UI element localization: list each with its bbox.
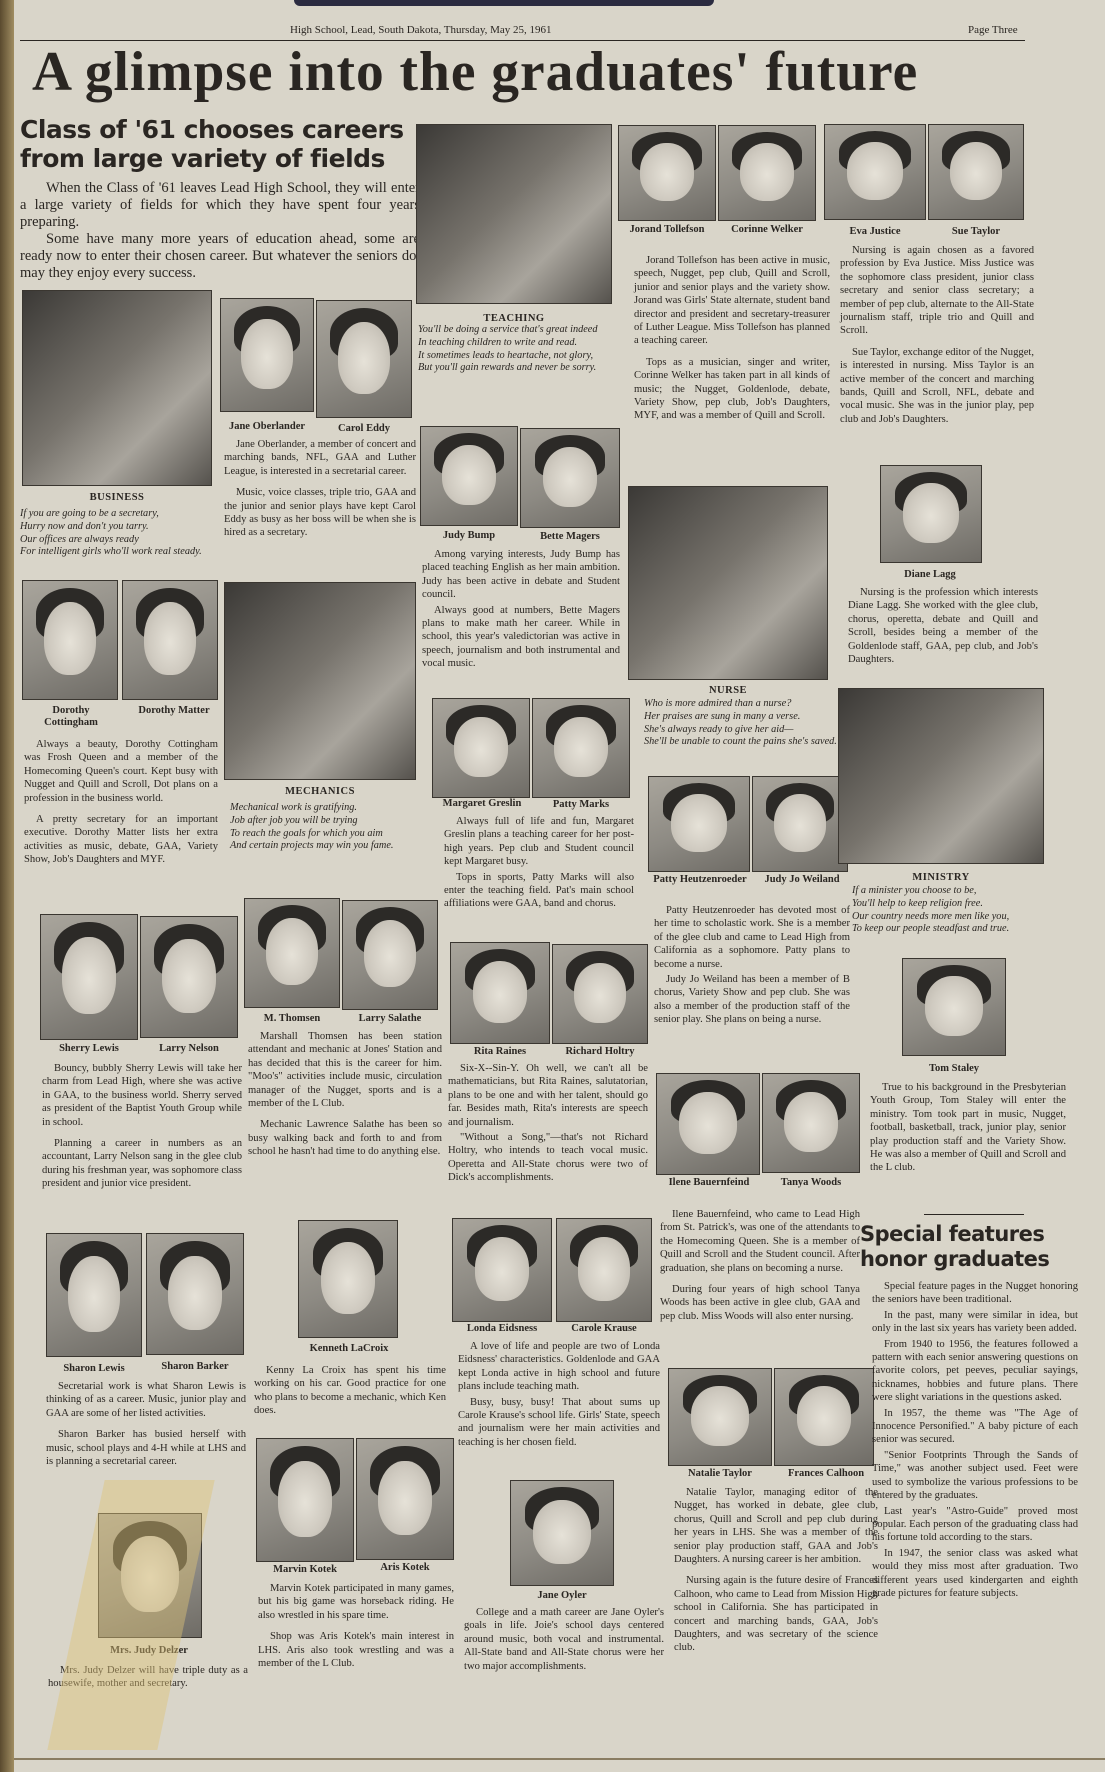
business-photo [22, 290, 212, 486]
bette-magers-photo [520, 428, 620, 528]
mechanics-poem: Mechanical work is gratifying. Job after… [230, 802, 430, 853]
bio-bette-magers: Always good at numbers, Bette Magers pla… [422, 604, 620, 671]
bio-patty-heutzenroeder: Patty Heutzenroeder has devoted most of … [654, 904, 850, 971]
bio-sue-taylor: Sue Taylor, exchange editor of the Nugge… [840, 346, 1034, 426]
nurse-photo [628, 486, 828, 680]
page-bottom-edge [14, 1758, 1105, 1760]
caption-natalie-taylor: Natalie Taylor [668, 1468, 772, 1480]
special-paragraph: Last year's "Astro-Guide" proved most po… [872, 1505, 1078, 1545]
teaching-poem: You'll be doing a service that's great i… [418, 324, 618, 375]
tanya-woods-photo [762, 1073, 860, 1173]
business-title: BUSINESS [22, 492, 212, 503]
teaching-photo [416, 124, 612, 304]
bio-diane-lagg: Nursing is the profession which interest… [848, 586, 1038, 666]
caption-margaret-greslin: Margaret Greslin [432, 798, 532, 810]
lead-paragraph: Some have many more years of education a… [20, 231, 420, 282]
business-bios-2: Always a beauty, Dorothy Cottingham was … [24, 738, 218, 875]
mechanics-bios-1: Marshall Thomsen has been station attend… [248, 1030, 442, 1167]
business-bios-3: Bouncy, bubbly Sherry Lewis will take he… [42, 1062, 242, 1199]
bio-sharon-lewis: Secretarial work is what Sharon Lewis is… [46, 1380, 246, 1420]
bio-jorand-tollefson: Jorand Tollefson has been active in musi… [634, 254, 830, 348]
marvin-kotek-photo [256, 1438, 354, 1562]
nurse-bio-lagg: Nursing is the profession which interest… [848, 586, 1038, 674]
caption-sue-taylor: Sue Taylor [928, 226, 1024, 238]
lead-title-line-1: Class of '61 chooses careers [20, 115, 420, 144]
jane-oberlander-photo [220, 298, 314, 412]
diane-lagg-photo [880, 465, 982, 563]
aris-kotek-photo [356, 1438, 454, 1560]
special-paragraph: In the past, many were similar in idea, … [872, 1309, 1078, 1336]
caption-kenneth-lacroix: Kenneth LaCroix [284, 1343, 414, 1355]
bio-dorothy-cottingham: Always a beauty, Dorothy Cottingham was … [24, 738, 218, 805]
newspaper-page: High School, Lead, South Dakota, Thursda… [14, 0, 1105, 1772]
bio-eva-justice: Nursing is again chosen as a favored pro… [840, 244, 1034, 338]
richard-holtry-photo [552, 944, 648, 1044]
special-title-line-1: Special features [860, 1222, 1070, 1247]
caption-sherry-lewis: Sherry Lewis [40, 1043, 138, 1055]
mechanics-bio-lacroix: Kenny La Croix has spent his time workin… [254, 1364, 446, 1426]
bio-judy-bump: Among varying interests, Judy Bump has p… [422, 548, 620, 602]
patty-marks-photo [532, 698, 630, 798]
patty-heutzenroeder-photo [648, 776, 750, 872]
bio-larry-nelson: Planning a career in numbers as an accou… [42, 1137, 242, 1191]
bio-tanya-woods: During four years of high school Tanya W… [660, 1283, 860, 1323]
teaching-bios-3: Six-X--Sin-Y. Oh well, we can't all be m… [448, 1062, 648, 1193]
caption-patty-marks: Patty Marks [532, 799, 630, 811]
teaching-bios-col4: Jorand Tollefson has been active in musi… [634, 254, 830, 431]
business-bios-1: Jane Oberlander, a member of concert and… [224, 438, 416, 548]
bio-jane-oberlander: Jane Oberlander, a member of concert and… [224, 438, 416, 478]
caption-londa-eidsness: Londa Eidsness [452, 1323, 552, 1335]
tom-staley-photo [902, 958, 1006, 1056]
caption-corinne-welker: Corinne Welker [718, 224, 816, 236]
bio-larry-salathe: Mechanic Lawrence Salathe has been so bu… [248, 1118, 442, 1158]
bio-aris-kotek: Shop was Aris Kotek's main interest in L… [258, 1630, 454, 1670]
ministry-bio-staley: True to his background in the Presbyteri… [870, 1081, 1066, 1183]
caption-dorothy-cottingham: Dorothy Cottingham [36, 705, 106, 729]
bio-londa-eidsness: A love of life and people are two of Lon… [458, 1340, 660, 1394]
margaret-greslin-photo [432, 698, 530, 798]
corinne-welker-photo [718, 125, 816, 221]
teaching-title: TEACHING [416, 313, 612, 324]
bio-margaret-greslin: Always full of life and fun, Margaret Gr… [444, 815, 634, 869]
carole-krause-photo [556, 1218, 652, 1322]
bio-sharon-barker: Sharon Barker has busied herself with mu… [46, 1428, 246, 1468]
londa-eidsness-photo [452, 1218, 552, 1322]
natalie-taylor-photo [668, 1368, 772, 1466]
section-divider [924, 1214, 1024, 1215]
kenneth-lacroix-photo [298, 1220, 398, 1338]
special-paragraph: Special feature pages in the Nugget hono… [872, 1280, 1078, 1307]
ilene-bauernfeind-photo [656, 1073, 760, 1175]
bio-tom-staley: True to his background in the Presbyteri… [870, 1081, 1066, 1175]
caption-eva-justice: Eva Justice [824, 226, 926, 238]
lead-paragraph: When the Class of '61 leaves Lead High S… [20, 180, 420, 231]
ministry-poem: If a minister you choose to be, You'll h… [852, 885, 1048, 936]
caption-marvin-kotek: Marvin Kotek [256, 1564, 354, 1576]
masthead-dateline: High School, Lead, South Dakota, Thursda… [290, 24, 552, 36]
bio-natalie-taylor: Natalie Taylor, managing editor of the N… [674, 1486, 878, 1566]
larry-nelson-photo [140, 916, 238, 1038]
rita-raines-photo [450, 942, 550, 1044]
carol-eddy-photo [316, 300, 412, 418]
business-poem: If you are going to be a secretary, Hurr… [20, 508, 216, 559]
lead-article-title: Class of '61 chooses careers from large … [20, 115, 420, 173]
caption-jane-oyler: Jane Oyler [510, 1590, 614, 1602]
bio-richard-holtry: "Without a Song,"—that's not Richard Hol… [448, 1131, 648, 1185]
bio-sherry-lewis: Bouncy, bubbly Sherry Lewis will take he… [42, 1062, 242, 1129]
caption-frances-calhoon: Frances Calhoon [774, 1468, 878, 1480]
larry-salathe-photo [342, 900, 438, 1010]
caption-aris-kotek: Aris Kotek [356, 1562, 454, 1574]
sharon-lewis-photo [46, 1233, 142, 1357]
bio-m-thomsen: Marshall Thomsen has been station attend… [248, 1030, 442, 1110]
caption-carole-krause: Carole Krause [556, 1323, 652, 1335]
bio-kenneth-lacroix: Kenny La Croix has spent his time workin… [254, 1364, 446, 1418]
judy-bump-photo [420, 426, 518, 526]
page-headline: A glimpse into the graduates' future [32, 40, 918, 104]
caption-judy-bump: Judy Bump [420, 530, 518, 542]
nurse-bios-1: Patty Heutzenroeder has devoted most of … [654, 904, 850, 1035]
jorand-tollefson-photo [618, 125, 716, 221]
lead-title-line-2: from large variety of fields [20, 144, 420, 173]
bio-ilene-bauernfeind: Ilene Bauernfeind, who came to Lead High… [660, 1208, 860, 1275]
caption-larry-nelson: Larry Nelson [140, 1043, 238, 1055]
caption-m-thomsen: M. Thomsen [244, 1013, 340, 1025]
teaching-bio-oyler: College and a math career are Jane Oyler… [464, 1606, 664, 1681]
bio-dorothy-matter: A pretty secretary for an important exec… [24, 813, 218, 867]
special-paragraph: In 1957, the theme was "The Age of Innoc… [872, 1407, 1078, 1447]
caption-diane-lagg: Diane Lagg [870, 569, 990, 581]
lead-article-body: When the Class of '61 leaves Lead High S… [20, 180, 420, 282]
mechanics-bios-kotek: Marvin Kotek participated in many games,… [258, 1582, 454, 1678]
caption-ilene-bauernfeind: Ilene Bauernfeind [662, 1177, 756, 1189]
sharon-barker-photo [146, 1233, 244, 1355]
special-paragraph: "Senior Footprints Through the Sands of … [872, 1449, 1078, 1503]
business-bios-4: Secretarial work is what Sharon Lewis is… [46, 1380, 246, 1476]
eva-justice-photo [824, 124, 926, 220]
caption-tanya-woods: Tanya Woods [762, 1177, 860, 1189]
frances-calhoon-photo [774, 1368, 874, 1466]
judy-jo-weiland-photo [752, 776, 848, 872]
caption-sharon-lewis: Sharon Lewis [46, 1363, 142, 1375]
page-number: Page Three [968, 24, 1018, 36]
caption-jorand-tollefson: Jorand Tollefson [624, 224, 710, 236]
nurse-bios-2: Ilene Bauernfeind, who came to Lead High… [660, 1208, 860, 1331]
caption-bette-magers: Bette Magers [520, 531, 620, 543]
bio-marvin-kotek: Marvin Kotek participated in many games,… [258, 1582, 454, 1622]
nurse-bios-3: Natalie Taylor, managing editor of the N… [674, 1486, 878, 1663]
book-clip [294, 0, 714, 6]
teaching-bios-1: Among varying interests, Judy Bump has p… [422, 548, 620, 679]
special-features-title: Special features honor graduates [860, 1222, 1070, 1272]
special-paragraph: In 1947, the senior class was asked what… [872, 1547, 1078, 1601]
caption-patty-heutzenroeder: Patty Heutzenroeder [650, 874, 750, 886]
bio-corinne-welker: Tops as a musician, singer and writer, C… [634, 356, 830, 423]
bio-carol-eddy: Music, voice classes, triple trio, GAA a… [224, 486, 416, 540]
nurse-bios-col5: Nursing is again chosen as a favored pro… [840, 244, 1034, 434]
dorothy-matter-photo [122, 580, 218, 700]
caption-carol-eddy: Carol Eddy [316, 423, 412, 435]
sherry-lewis-photo [40, 914, 138, 1040]
special-features-body: Special feature pages in the Nugget hono… [872, 1280, 1078, 1602]
caption-jane-oberlander: Jane Oberlander [220, 421, 314, 433]
bio-frances-calhoon: Nursing again is the future desire of Fr… [674, 1574, 878, 1654]
bio-judy-jo-weiland: Judy Jo Weiland has been a member of B c… [654, 973, 850, 1027]
special-paragraph: From 1940 to 1956, the features followed… [872, 1338, 1078, 1405]
caption-dorothy-matter: Dorothy Matter [126, 705, 222, 717]
book-binding [0, 0, 14, 1772]
special-title-line-2: honor graduates [860, 1247, 1070, 1272]
caption-richard-holtry: Richard Holtry [552, 1046, 648, 1058]
sue-taylor-photo [928, 124, 1024, 220]
ministry-photo [838, 688, 1044, 864]
mechanics-title: MECHANICS [224, 786, 416, 797]
mechanics-photo [224, 582, 416, 780]
nurse-poem: Who is more admired than a nurse? Her pr… [644, 698, 840, 749]
caption-rita-raines: Rita Raines [450, 1046, 550, 1058]
m-thomsen-photo [244, 898, 340, 1008]
bio-jane-oyler: College and a math career are Jane Oyler… [464, 1606, 664, 1673]
teaching-bios-4: A love of life and people are two of Lon… [458, 1340, 660, 1457]
dorothy-cottingham-photo [22, 580, 118, 700]
caption-larry-salathe: Larry Salathe [342, 1013, 438, 1025]
bio-rita-raines: Six-X--Sin-Y. Oh well, we can't all be m… [448, 1062, 648, 1129]
nurse-title: NURSE [628, 685, 828, 696]
bio-carole-krause: Busy, busy, busy! That about sums up Car… [458, 1396, 660, 1450]
caption-sharon-barker: Sharon Barker [146, 1361, 244, 1373]
bio-patty-marks: Tops in sports, Patty Marks will also en… [444, 871, 634, 911]
teaching-bios-2: Always full of life and fun, Margaret Gr… [444, 815, 634, 919]
ministry-title: MINISTRY [838, 872, 1044, 883]
caption-tom-staley: Tom Staley [894, 1063, 1014, 1075]
jane-oyler-photo [510, 1480, 614, 1586]
